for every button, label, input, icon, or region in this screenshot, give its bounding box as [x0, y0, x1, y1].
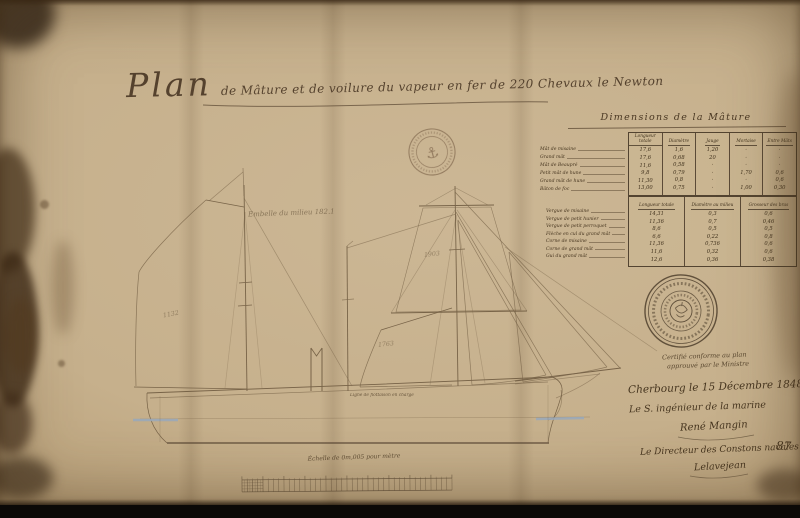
table-cell: 0,5 — [764, 226, 772, 234]
table-cell: 0,75 — [673, 185, 685, 193]
table-cell: · — [712, 162, 714, 170]
table-cell: · — [745, 162, 747, 170]
column-header: Entre Mâts — [766, 134, 793, 146]
table-cell: 0,736 — [705, 241, 720, 249]
leader-line — [595, 249, 625, 250]
table-cell: 11,6 — [640, 163, 652, 171]
table-row-label: Mât de Beaupré — [540, 163, 626, 168]
table-column: Mortaise···1,70·1,00 — [730, 133, 764, 195]
table-row-label: Gui du grand mât — [546, 254, 626, 259]
table-cell: 0,6 — [764, 211, 772, 219]
table-cell: 1,6 — [675, 147, 683, 155]
leader-line — [589, 242, 625, 243]
table-title-underline — [568, 126, 786, 129]
table-row-label: Petit mât de hune — [540, 171, 626, 176]
table-cell: 0,6 — [764, 241, 772, 249]
leader-line — [583, 174, 625, 175]
table-cell: 6,6 — [652, 234, 660, 242]
table-cell: · — [745, 177, 747, 185]
table-column: Jauge1,2020···· — [696, 133, 730, 195]
table-cell: 0,58 — [673, 162, 685, 170]
table-row-label: Vergue de petit hunier — [546, 217, 626, 222]
table-cell: 11,36 — [649, 241, 664, 249]
row-label-text: Petit mât de hune — [540, 171, 581, 176]
stain — [0, 457, 53, 499]
table-cell: 0,3 — [708, 211, 716, 219]
table-cell: · — [745, 155, 747, 163]
waterline-label: Ligne de flottaison en charge — [350, 393, 414, 398]
stain — [757, 469, 800, 501]
table-cell: · — [712, 170, 714, 178]
table-cell: 0,8 — [764, 234, 772, 242]
table-cell: 0,7 — [708, 219, 716, 227]
table-column: Longueur totale14,3111,368,66,611,3611,6… — [629, 197, 685, 266]
column-header: Grosseur des bras — [748, 198, 790, 210]
table-cell: 0,30 — [774, 185, 786, 193]
leader-line — [578, 150, 625, 151]
column-header: Diamètre — [668, 134, 690, 146]
table-cell: 11,6 — [651, 249, 663, 257]
yard-row-labels: Vergue de misaineVergue de petit hunierV… — [546, 209, 626, 259]
table-cell: · — [712, 177, 714, 185]
table-cell: · — [779, 162, 781, 170]
table-row-label: Grand mât de hune — [540, 179, 626, 184]
table-cell: 12,6 — [651, 257, 663, 265]
graphic-scale-bar — [242, 475, 452, 492]
engineer-title-line: Le S. ingénieur de la marine — [629, 400, 766, 416]
leader-line — [591, 212, 625, 213]
row-label-text: Vergue de misaine — [546, 209, 589, 214]
table-cell: 11,30 — [638, 178, 653, 186]
table-column: Grosseur des bras0,60,460,50,80,60,60,38 — [741, 197, 796, 266]
table-row-label: Mât de misaine — [540, 147, 626, 152]
mast-row-labels: Mât de misaineGrand mâtMât de BeaupréPet… — [540, 147, 626, 192]
table-cell: 0,46 — [763, 219, 775, 227]
sail-area-mark: 1763 — [378, 340, 395, 349]
table-column: Longueur totale17,617,611,69,811,3013,00 — [629, 133, 663, 195]
table-cell: 0,6 — [776, 177, 784, 185]
table-cell: · — [779, 155, 781, 163]
table-column: Diamètre au milieu0,30,70,50,220,7360,32… — [685, 197, 741, 266]
table-row-label: Bâton de foc — [540, 187, 626, 192]
table-cell: 0,22 — [707, 234, 719, 242]
row-label-text: Corne de misaine — [546, 239, 587, 244]
stain — [0, 148, 35, 273]
title-text: de Mâture et de voilure du vapeur en fer… — [221, 74, 664, 98]
leader-line — [589, 257, 625, 258]
row-label-text: Grand mât de hune — [540, 179, 585, 184]
table-cell: · — [712, 185, 714, 193]
column-header: Longueur totale — [629, 134, 662, 146]
table-cell: 17,6 — [640, 155, 652, 163]
scale-caption: Échelle de 0m,005 pour mètre — [284, 452, 424, 464]
table-cell: 0,68 — [673, 155, 685, 163]
row-label-text: Mât de misaine — [540, 147, 576, 152]
leader-line — [587, 182, 625, 183]
page-title: Plande Mâture et de voilure du vapeur en… — [126, 54, 664, 105]
leader-line — [571, 190, 625, 191]
engineer-signature: René Mangin — [680, 419, 748, 434]
document-scan: Plande Mâture et de voilure du vapeur en… — [0, 0, 800, 518]
leader-line — [580, 166, 625, 167]
table-cell: 8,6 — [652, 226, 660, 234]
table-cell: · — [779, 147, 781, 155]
administration-stamp-icon — [640, 270, 721, 351]
leader-line — [567, 158, 625, 159]
stain — [52, 240, 74, 335]
table-row-label: Vergue de misaine — [546, 209, 626, 214]
stain — [0, 252, 38, 407]
title-lead-word: Plan — [126, 64, 213, 105]
anchor-glyph: ⚓ — [423, 143, 441, 164]
row-label-text: Vergue de petit perroquet — [546, 224, 607, 229]
column-header: Mortaise — [735, 134, 756, 146]
table-cell: 0,6 — [776, 170, 784, 178]
stain — [0, 392, 32, 454]
row-label-text: Grand mât — [540, 155, 565, 160]
leader-line — [601, 219, 625, 220]
director-signature: Lelavejean — [694, 460, 746, 474]
mast-dimensions-table: Longueur totale17,617,611,69,811,3013,00… — [628, 132, 797, 196]
table-cell: 0,32 — [707, 249, 719, 257]
table-cell: 9,8 — [641, 170, 649, 178]
row-label-text: Vergue de petit hunier — [546, 217, 599, 222]
stain — [58, 360, 65, 367]
table-row-label: Grand mât — [540, 155, 626, 160]
leader-line — [609, 227, 625, 228]
table-row-label: Corne de grand mât — [546, 247, 626, 252]
pencil-note: Embelle du milieu 182.1 — [248, 207, 335, 218]
table-cell: 0,79 — [673, 170, 685, 178]
table-column: Diamètre1,60,680,580,790,80,75 — [663, 133, 697, 195]
row-label-text: Bâton de foc — [540, 187, 569, 192]
table-cell: 0,38 — [763, 257, 775, 265]
row-label-text: Corne de grand mât — [546, 247, 593, 252]
table-cell: 0,36 — [707, 257, 719, 265]
paper-edge-shadow — [0, 0, 800, 6]
anchor-stamp-icon: ⚓ — [404, 124, 460, 180]
row-label-text: Flèche en cul du grand mât — [546, 232, 610, 237]
plan-number: 87 — [776, 439, 792, 454]
stain — [5, 298, 37, 373]
table-cell: 11,36 — [649, 219, 664, 227]
table-row-label: Corne de misaine — [546, 239, 626, 244]
yard-dimensions-table: Longueur totale14,3111,368,66,611,3611,6… — [628, 196, 797, 267]
table-cell: 1,70 — [740, 170, 752, 178]
table-cell: · — [745, 147, 747, 155]
row-label-text: Mât de Beaupré — [540, 163, 578, 168]
column-header: Longueur totale — [638, 198, 675, 210]
table-cell: 0,5 — [708, 226, 716, 234]
row-label-text: Gui du grand mât — [546, 254, 587, 259]
column-header: Jauge — [705, 134, 719, 146]
table-cell: 20 — [709, 155, 716, 163]
column-header: Diamètre au milieu — [691, 198, 735, 210]
table-column: Entre Mâts···0,60,60,30 — [763, 133, 796, 195]
table-row-label: Vergue de petit perroquet — [546, 224, 626, 229]
table-cell: 0,8 — [675, 177, 683, 185]
photo-backdrop — [0, 505, 800, 518]
table-cell: 17,6 — [640, 147, 652, 155]
paper-sheet: Plande Mâture et de voilure du vapeur en… — [0, 0, 800, 505]
table-cell: 0,6 — [764, 249, 772, 257]
sail-area-mark: 1132 — [162, 310, 179, 320]
table-cell: 14,31 — [649, 211, 664, 219]
stain — [0, 0, 55, 48]
table-cell: 13,00 — [638, 185, 653, 193]
stain — [40, 200, 49, 209]
table-cell: 1,20 — [707, 147, 719, 155]
certification-line: approuvé par le Ministre — [667, 360, 749, 371]
table-row-label: Flèche en cul du grand mât — [546, 232, 626, 237]
sail-area-mark: 1903 — [424, 250, 441, 259]
table-title: Dimensions de la Mâture — [562, 112, 790, 123]
table-cell: 1,00 — [740, 185, 752, 193]
leader-line — [612, 234, 625, 235]
certification-place-date: Cherbourg le 15 Décembre 1848. — [628, 378, 800, 396]
